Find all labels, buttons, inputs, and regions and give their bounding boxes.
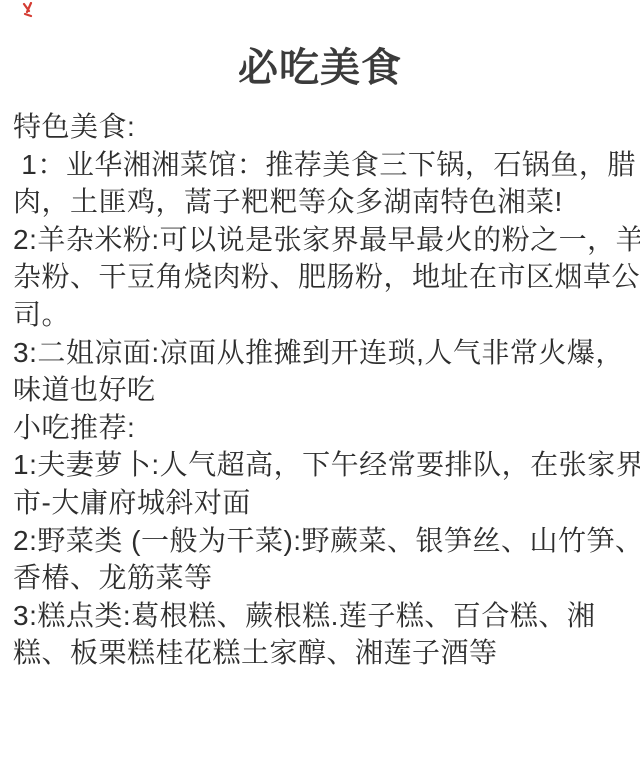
red-brush-mark-icon xyxy=(22,2,34,18)
text-line: 3:二姐凉面:凉面从推摊到开连琐,人气非常火爆， xyxy=(13,334,632,372)
text-line: 肉，土匪鸡，蒿子粑粑等众多湖南特色湘菜! xyxy=(13,183,632,221)
text-line: 1：业华湘湘菜馆：推荐美食三下锅，石锅鱼，腊 xyxy=(13,146,632,184)
text-line: 1:夫妻萝卜:人气超高，下午经常要排队，在张家界 xyxy=(13,446,632,484)
text-line: 味道也好吃 xyxy=(13,371,632,409)
text-line: 市-大庸府城斜对面 xyxy=(13,484,632,522)
text-line-section-heading: 小吃推荐: xyxy=(13,409,632,447)
text-line: 司。 xyxy=(13,296,632,334)
text-line-section-heading: 特色美食: xyxy=(13,108,632,146)
text-body: 特色美食: 1：业华湘湘菜馆：推荐美食三下锅，石锅鱼，腊 肉，土匪鸡，蒿子粑粑等… xyxy=(0,108,640,672)
text-line: 2:羊杂米粉:可以说是张家界最早最火的粉之一，羊 xyxy=(13,221,632,259)
text-line: 3:糕点类:葛根糕、蕨根糕.莲子糕、百合糕、湘 xyxy=(13,597,632,635)
text-line: 糕、板栗糕桂花糕土家醇、湘莲子酒等 xyxy=(13,634,632,672)
food-note-page: 必吃美食 特色美食: 1：业华湘湘菜馆：推荐美食三下锅，石锅鱼，腊 肉，土匪鸡，… xyxy=(0,0,640,764)
text-line: 杂粉、干豆角烧肉粉、肥肠粉，地址在市区烟草公 xyxy=(13,258,632,296)
text-line: 2:野菜类 (一般为干菜):野蕨菜、银笋丝、山竹笋、 xyxy=(13,522,632,560)
text-line: 香椿、龙筋菜等 xyxy=(13,559,632,597)
page-title: 必吃美食 xyxy=(0,0,640,92)
